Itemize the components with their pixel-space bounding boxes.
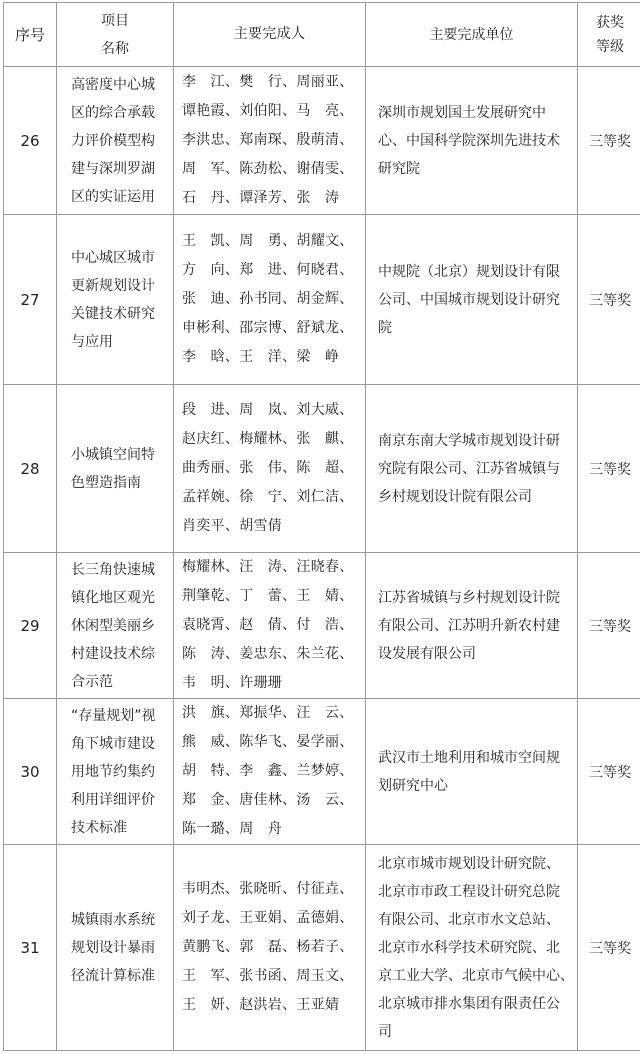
contributors-line: 石 丹、谭泽芳、张 涛	[182, 184, 365, 213]
cell-award-level: 三等奖	[578, 385, 640, 553]
cell-award-level: 三等奖	[578, 845, 640, 1051]
organizations-line: 院	[378, 314, 573, 342]
organizations-line: 公司、中国城市规划设计研究	[378, 286, 573, 314]
contributors-line: 梅耀林、汪 涛、汪晓春、	[182, 553, 365, 582]
project-name-line: 力评价模型构	[71, 127, 173, 155]
project-name-line: 休闲型美丽乡	[71, 612, 173, 640]
organizations-line: 心、中国科学院深圳先进技术	[378, 127, 573, 155]
cell-project-name: 城镇雨水系统规划设计暴雨径流计算标准	[57, 845, 174, 1051]
organizations-line: 北京市市政工程设计研究总院	[378, 878, 573, 906]
project-name-line: 更新规划设计	[71, 272, 173, 300]
cell-award-level: 三等奖	[578, 215, 640, 385]
project-name-line: 技术标准	[71, 814, 173, 842]
cell-main-contributors: 梅耀林、汪 涛、汪晓春、荆肇乾、丁 蕾、王 婧、袁晓霄、赵 倩、付 浩、陈 涛、…	[174, 553, 366, 699]
organizations-line: 南京东南大学城市规划设计研	[378, 427, 573, 455]
organizations-line: 司	[378, 1018, 573, 1046]
header-project-name-line2: 名称	[57, 35, 173, 63]
contributors-line: 韦 明、许珊珊	[182, 669, 365, 698]
contributors-line: 洪 旗、郑振华、汪 云、	[182, 699, 365, 728]
cell-main-organizations: 深圳市规划国土发展研究中心、中国科学院深圳先进技术研究院	[366, 67, 578, 215]
project-name-line: 小城镇空间特	[71, 441, 173, 469]
project-name-line: 利用详细评价	[71, 786, 173, 814]
cell-project-name: “存量规划”视角下城市建设用地节约集约利用详细评价技术标准	[57, 699, 174, 845]
cell-award-level: 三等奖	[578, 553, 640, 699]
organizations-line: 北京城市排水集团有限责任公	[378, 990, 573, 1018]
contributors-line: 李 江、樊 行、周丽亚、	[182, 68, 365, 97]
cell-main-contributors: 段 进、周 岚、刘大威、赵庆红、梅耀林、张 麒、曲秀丽、张 伟、陈 超、孟祥婉、…	[174, 385, 366, 553]
cell-main-organizations: 北京市城市规划设计研究院、北京市市政工程设计研究总院有限公司、北京市水文总站、北…	[366, 845, 578, 1051]
organizations-line: 设发展有限公司	[378, 640, 573, 668]
organizations-line: 北京市城市规划设计研究院、	[378, 850, 573, 878]
cell-project-name: 高密度中心城区的综合承载力评价模型构建与深圳罗湖区的实证运用	[57, 67, 174, 215]
contributors-line: 李 晗、王 洋、梁 峥	[182, 343, 365, 372]
organizations-line: 有限公司、北京市水文总站、	[378, 906, 573, 934]
project-name-line: 区的实证运用	[71, 183, 173, 211]
cell-main-organizations: 中规院（北京）规划设计有限公司、中国城市规划设计研究院	[366, 215, 578, 385]
contributors-line: 申彬利、邵宗博、舒斌龙、	[182, 314, 365, 343]
project-name-line: 角下城市建设	[71, 730, 173, 758]
table-row: 26高密度中心城区的综合承载力评价模型构建与深圳罗湖区的实证运用李 江、樊 行、…	[4, 67, 640, 215]
organizations-line: 深圳市规划国土发展研究中	[378, 99, 573, 127]
contributors-line: 孟祥婉、徐 宁、刘仁洁、	[182, 483, 365, 512]
cell-main-organizations: 南京东南大学城市规划设计研究院有限公司、江苏省城镇与乡村规划设计院有限公司	[366, 385, 578, 553]
contributors-line: 陈 涛、姜忠东、朱兰花、	[182, 640, 365, 669]
table-row: 31城镇雨水系统规划设计暴雨径流计算标准韦明杰、张晓昕、付征垚、刘子龙、王亚娟、…	[4, 845, 640, 1051]
project-name-line: 镇化地区观光	[71, 584, 173, 612]
header-project-name-line1: 项目	[57, 7, 173, 35]
contributors-line: 王 凯、周 勇、胡耀文、	[182, 227, 365, 256]
project-name-line: 与应用	[71, 328, 173, 356]
project-name-line: 城镇雨水系统	[71, 906, 173, 934]
contributors-line: 周 军、陈劲松、谢倩雯、	[182, 155, 365, 184]
project-name-line: “存量规划”视	[71, 702, 173, 730]
cell-award-level: 三等奖	[578, 67, 640, 215]
contributors-line: 赵庆红、梅耀林、张 麒、	[182, 425, 365, 454]
cell-project-name: 长三角快速城镇化地区观光休闲型美丽乡村建设技术综合示范	[57, 553, 174, 699]
contributors-line: 袁晓霄、赵 倩、付 浩、	[182, 611, 365, 640]
cell-main-contributors: 王 凯、周 勇、胡耀文、方 向、郑 进、何晓君、张 迪、孙书同、胡金辉、申彬利、…	[174, 215, 366, 385]
contributors-line: 韦明杰、张晓昕、付征垚、	[182, 875, 365, 904]
project-name-line: 建与深圳罗湖	[71, 155, 173, 183]
header-award-level-line1: 获奖	[578, 11, 640, 35]
header-main-organizations: 主要完成单位	[366, 3, 578, 67]
organizations-line: 中规院（北京）规划设计有限	[378, 258, 573, 286]
project-name-line: 村建设技术综	[71, 640, 173, 668]
project-name-line: 区的综合承载	[71, 99, 173, 127]
cell-no: 29	[4, 553, 57, 699]
cell-no: 31	[4, 845, 57, 1051]
cell-main-contributors: 李 江、樊 行、周丽亚、谭艳霞、刘伯阳、马 亮、李洪忠、郑南琛、殷萌清、周 军、…	[174, 67, 366, 215]
contributors-line: 王 军、张书函、周玉文、	[182, 962, 365, 991]
cell-project-name: 小城镇空间特色塑造指南	[57, 385, 174, 553]
organizations-line: 划研究中心	[378, 772, 573, 800]
cell-main-organizations: 江苏省城镇与乡村规划设计院有限公司、江苏明升新农村建设发展有限公司	[366, 553, 578, 699]
header-row: 序号 项目 名称 主要完成人 主要完成单位 获奖 等级	[4, 3, 640, 67]
project-name-line: 径流计算标准	[71, 962, 173, 990]
project-name-line: 长三角快速城	[71, 556, 173, 584]
table-row: 27中心城区城市更新规划设计关键技术研究与应用王 凯、周 勇、胡耀文、方 向、郑…	[4, 215, 640, 385]
contributors-line: 荆肇乾、丁 蕾、王 婧、	[182, 582, 365, 611]
header-main-contributors: 主要完成人	[174, 3, 366, 67]
project-name-line: 高密度中心城	[71, 71, 173, 99]
project-name-line: 合示范	[71, 668, 173, 696]
cell-main-contributors: 洪 旗、郑振华、汪 云、熊 威、陈华飞、晏学丽、胡 特、李 鑫、兰梦婷、郑 金、…	[174, 699, 366, 845]
contributors-line: 谭艳霞、刘伯阳、马 亮、	[182, 97, 365, 126]
contributors-line: 李洪忠、郑南琛、殷萌清、	[182, 126, 365, 155]
contributors-line: 王 妍、赵洪岩、王亚婧	[182, 991, 365, 1020]
contributors-line: 肖奕平、胡雪倩	[182, 512, 365, 541]
organizations-line: 武汉市土地利用和城市空间规	[378, 744, 573, 772]
cell-main-contributors: 韦明杰、张晓昕、付征垚、刘子龙、王亚娟、孟德娟、黄鹏飞、郭 磊、杨若子、王 军、…	[174, 845, 366, 1051]
contributors-line: 方 向、郑 进、何晓君、	[182, 256, 365, 285]
cell-no: 28	[4, 385, 57, 553]
project-name-line: 中心城区城市	[71, 244, 173, 272]
project-name-line: 规划设计暴雨	[71, 934, 173, 962]
contributors-line: 熊 威、陈华飞、晏学丽、	[182, 728, 365, 757]
header-award-level: 获奖 等级	[578, 3, 640, 67]
contributors-line: 曲秀丽、张 伟、陈 超、	[182, 454, 365, 483]
organizations-line: 有限公司、江苏明升新农村建	[378, 612, 573, 640]
header-no: 序号	[4, 3, 57, 67]
header-project-name: 项目 名称	[57, 3, 174, 67]
project-name-line: 关键技术研究	[71, 300, 173, 328]
awards-table: 序号 项目 名称 主要完成人 主要完成单位 获奖 等级 26高密度中心城区的综合…	[3, 2, 640, 1051]
table-row: 29长三角快速城镇化地区观光休闲型美丽乡村建设技术综合示范梅耀林、汪 涛、汪晓春…	[4, 553, 640, 699]
organizations-line: 北京市水科学技术研究院、北	[378, 934, 573, 962]
organizations-line: 京工业大学、北京市气候中心、	[378, 962, 573, 990]
project-name-line: 用地节约集约	[71, 758, 173, 786]
contributors-line: 黄鹏飞、郭 磊、杨若子、	[182, 933, 365, 962]
contributors-line: 刘子龙、王亚娟、孟德娟、	[182, 904, 365, 933]
organizations-line: 研究院	[378, 155, 573, 183]
contributors-line: 段 进、周 岚、刘大威、	[182, 396, 365, 425]
table-row: 30“存量规划”视角下城市建设用地节约集约利用详细评价技术标准洪 旗、郑振华、汪…	[4, 699, 640, 845]
contributors-line: 陈一璐、周 舟	[182, 815, 365, 844]
organizations-line: 江苏省城镇与乡村规划设计院	[378, 584, 573, 612]
cell-project-name: 中心城区城市更新规划设计关键技术研究与应用	[57, 215, 174, 385]
project-name-line: 色塑造指南	[71, 469, 173, 497]
cell-award-level: 三等奖	[578, 699, 640, 845]
cell-main-organizations: 武汉市土地利用和城市空间规划研究中心	[366, 699, 578, 845]
contributors-line: 胡 特、李 鑫、兰梦婷、	[182, 757, 365, 786]
contributors-line: 郑 金、唐佳林、汤 云、	[182, 786, 365, 815]
table-row: 28小城镇空间特色塑造指南段 进、周 岚、刘大威、赵庆红、梅耀林、张 麒、曲秀丽…	[4, 385, 640, 553]
table-body: 26高密度中心城区的综合承载力评价模型构建与深圳罗湖区的实证运用李 江、樊 行、…	[4, 67, 640, 1051]
contributors-line: 张 迪、孙书同、胡金辉、	[182, 285, 365, 314]
organizations-line: 究院有限公司、江苏省城镇与	[378, 455, 573, 483]
cell-no: 26	[4, 67, 57, 215]
cell-no: 27	[4, 215, 57, 385]
organizations-line: 乡村规划设计院有限公司	[378, 483, 573, 511]
cell-no: 30	[4, 699, 57, 845]
header-award-level-line2: 等级	[578, 35, 640, 59]
